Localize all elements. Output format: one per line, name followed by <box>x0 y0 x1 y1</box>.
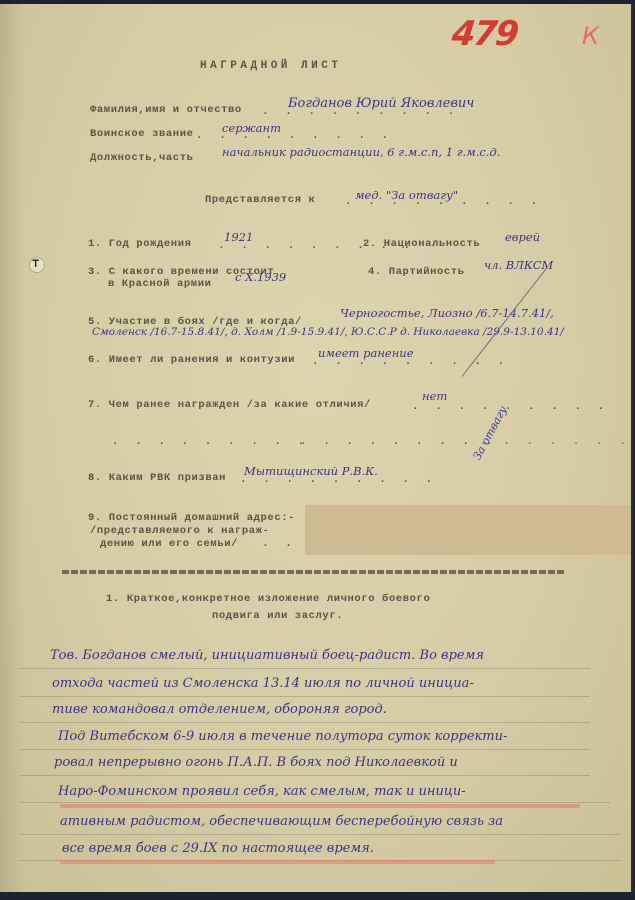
party-label: 4. Партийность <box>368 266 465 278</box>
narrative-line: отхода частей из Смоленска 13.14 июля по… <box>52 676 474 691</box>
nationality-label: 2. Национальность <box>363 238 480 250</box>
nominated-value: мед. "За отвагу" <box>355 188 458 202</box>
narrative-line: ровал непрерывно огонь П.А.П. В боях под… <box>54 755 458 770</box>
narrative-line: ативным радистом, обеспечивающим беспере… <box>60 814 503 829</box>
position-value: начальник радиостанции, 6 г.м.с.п, 1 г.м… <box>222 145 500 159</box>
service-since-label-2: в Красной армии <box>108 278 212 290</box>
red-underline <box>60 804 580 808</box>
ruled-line <box>20 834 620 835</box>
ruled-line <box>20 696 590 697</box>
dot-leader: . . . . . . . . . <box>480 436 635 448</box>
birth-year-value: 1921 <box>224 230 253 244</box>
narrative-line: Под Витебском 6-9 июля в течение полутор… <box>58 729 507 744</box>
ruled-line <box>20 749 590 750</box>
service-since-value: с X.1939 <box>235 270 286 284</box>
section-separator <box>62 570 566 574</box>
rvk-label: 8. Каким РВК призван <box>88 472 226 484</box>
page-edge-shadow <box>0 4 24 892</box>
nominated-label: Представляется к <box>205 194 315 206</box>
section-heading-1: 1. Краткое,конкретное изложение личного … <box>106 593 430 605</box>
red-underline <box>60 860 495 864</box>
ruled-line <box>20 722 590 723</box>
corner-mark: К <box>582 22 599 50</box>
dot-leader: . . . . . . . . . <box>300 436 497 448</box>
battles-value-1: Черногостье, Лиозно /6.7-14.7.41/, <box>340 306 554 320</box>
narrative-line: Наро-Фоминском проявил себя, как смелым,… <box>58 784 466 799</box>
rank-label: Воинское звание <box>90 128 194 140</box>
position-label: Должность,часть <box>90 152 194 164</box>
dot-leader: . . . . . . . . . <box>112 436 309 448</box>
section-heading-2: подвига или заслуг. <box>212 610 343 622</box>
document-title: НАГРАДНОЙ ЛИСТ <box>200 60 341 72</box>
prior-awards-label: 7. Чем ранее награжден /за какие отличия… <box>88 399 371 411</box>
ruled-line <box>20 668 590 669</box>
archive-number: 479 <box>450 14 519 54</box>
name-label: Фамилия,имя и отчество <box>90 104 242 116</box>
rank-value: сержант <box>222 121 281 135</box>
narrative-line: все время боев с 29.IX по настоящее врем… <box>62 841 374 856</box>
nationality-value: еврей <box>505 230 540 244</box>
award-sheet-page: 479 К НАГРАДНОЙ ЛИСТ Фамилия,имя и отчес… <box>0 4 633 892</box>
narrative-line: тиве командовал отделением, обороняя гор… <box>52 702 387 717</box>
address-label-3: дению или его семьи/ <box>100 538 238 550</box>
birth-year-label: 1. Год рождения <box>88 238 192 250</box>
narrative-line: Тов. Богданов смелый, инициативный боец-… <box>50 648 484 663</box>
ruled-line <box>20 775 590 776</box>
address-label-1: 9. Постоянный домашний адрес:- <box>88 512 295 524</box>
redacted-address <box>305 505 631 555</box>
punch-hole <box>29 257 45 273</box>
wounds-value: имеет ранение <box>318 346 414 360</box>
address-label-2: /представляемого к награж- <box>90 525 269 537</box>
ruled-line <box>20 802 610 803</box>
wounds-label: 6. Имеет ли ранения и контузии <box>88 354 295 366</box>
rvk-value: Мытищинский Р.В.К. <box>244 464 378 478</box>
prior-awards-value: нет <box>422 389 447 403</box>
name-value: Богданов Юрий Яковлевич <box>288 96 474 111</box>
